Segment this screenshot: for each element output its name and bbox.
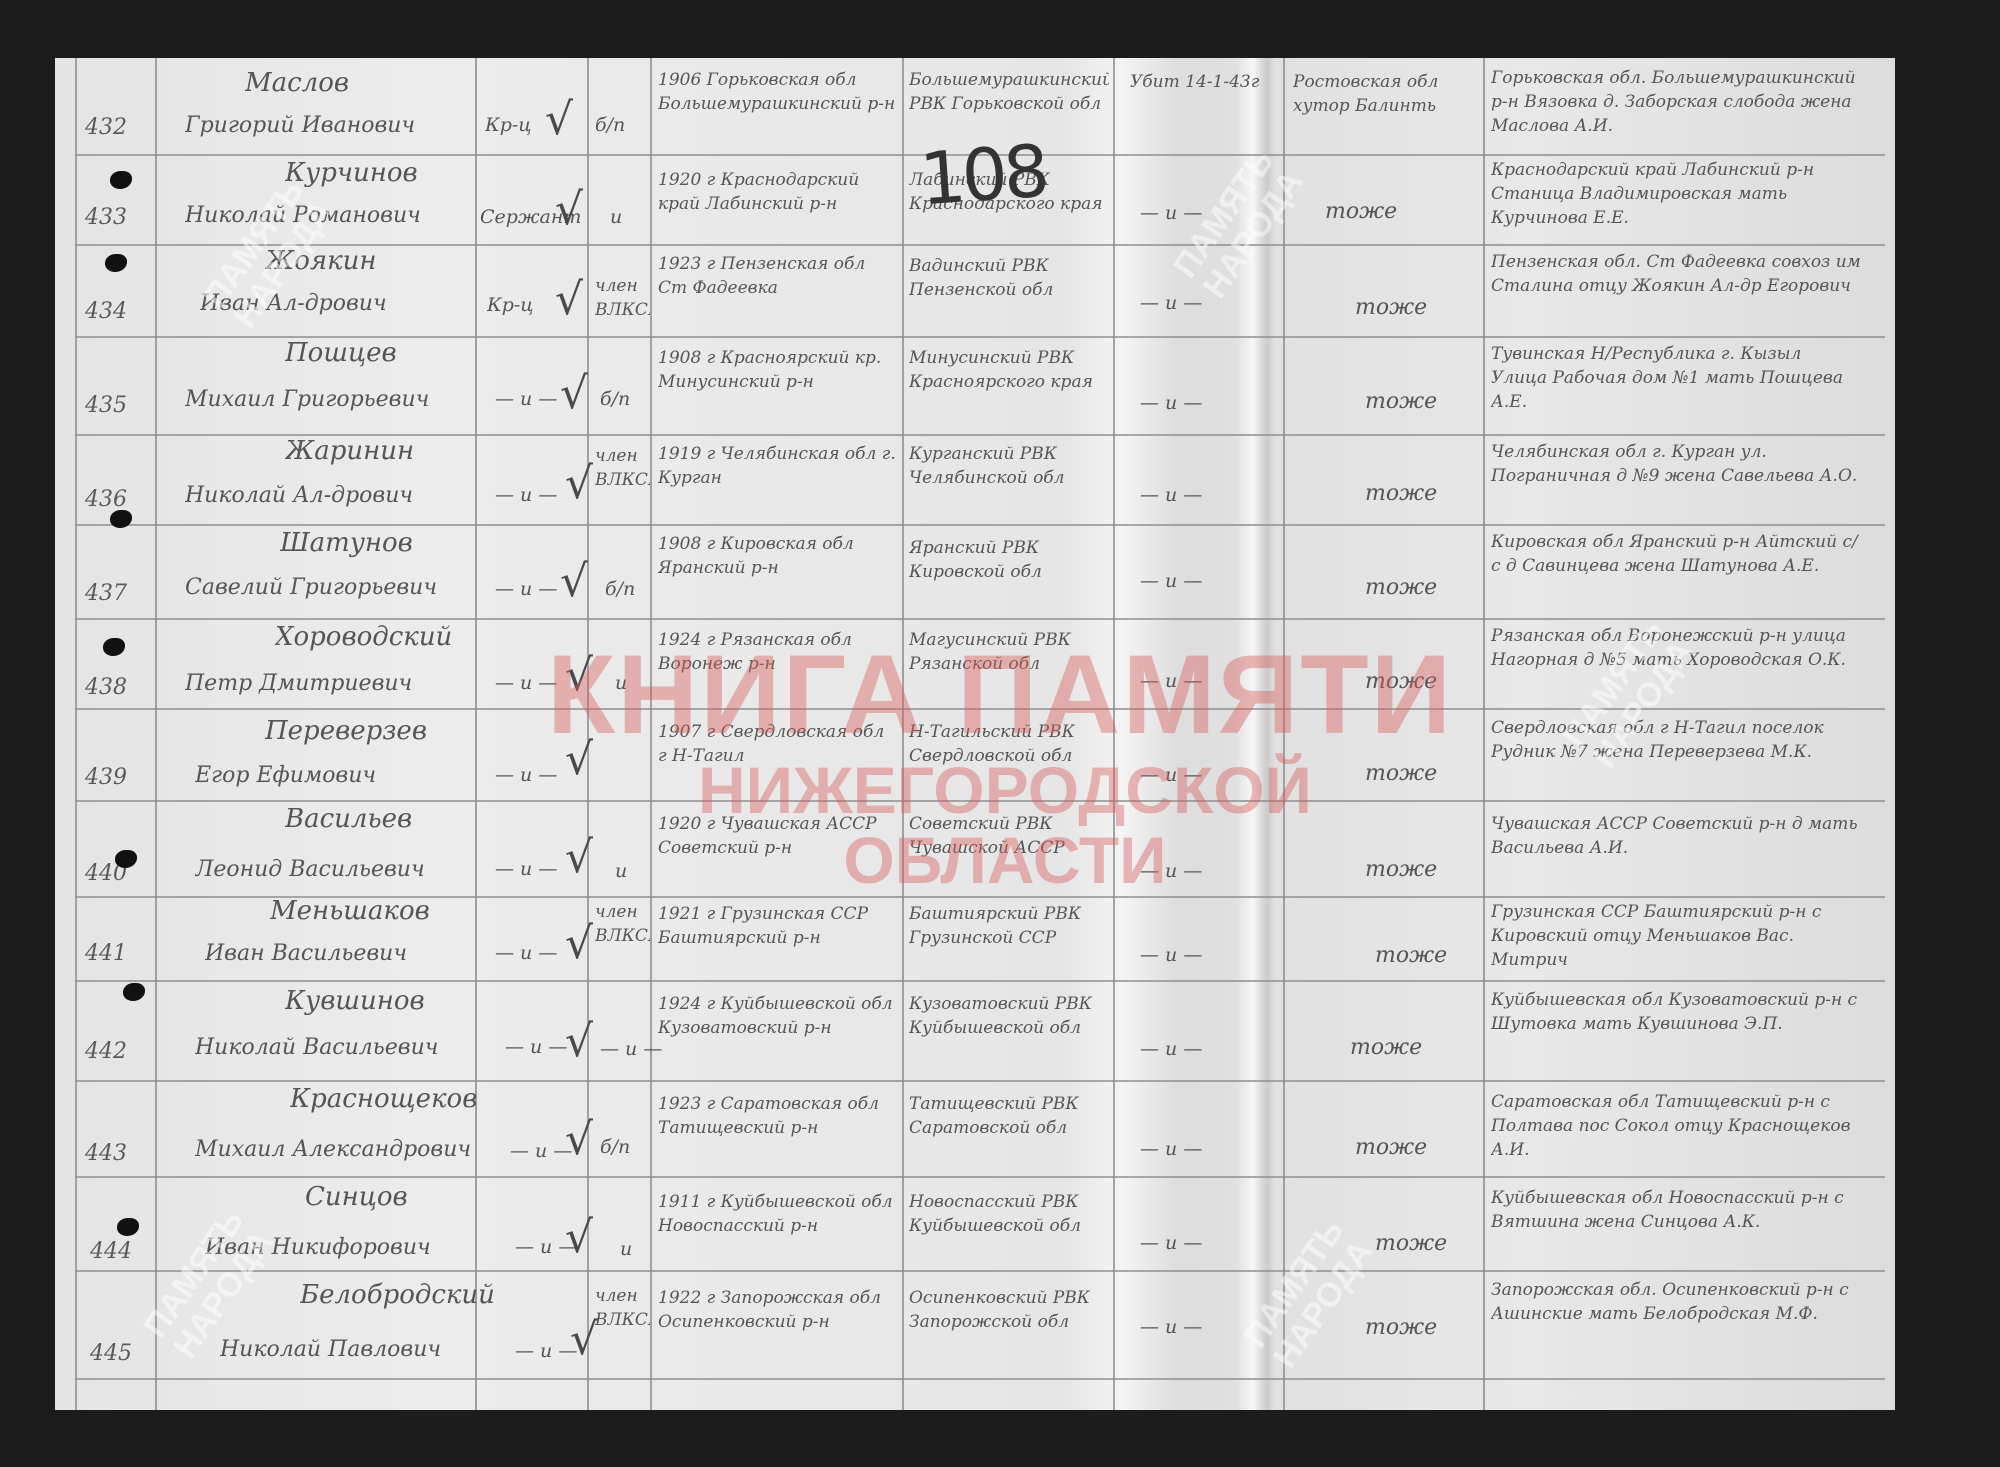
birth-info: 1906 Горьковская обл Большемурашкинский … [658, 68, 898, 116]
check-mark: √ [565, 1216, 593, 1260]
table-row: 440 Васильев Леонид Васильевич — и — √ и… [55, 800, 1895, 896]
birth-info: 1920 г Чувашская АССР Советский р-н [658, 812, 898, 860]
party: б/п [605, 576, 635, 603]
death-info: — и — [1140, 942, 1202, 969]
rank: — и — [495, 576, 557, 603]
record-number: 435 [85, 392, 127, 419]
given-name: Иван Васильевич [205, 940, 407, 967]
draft-info: Татищевский РВК Саратовской обл [909, 1092, 1109, 1140]
party: член ВЛКСМ [595, 1284, 650, 1332]
party: б/п [595, 112, 625, 139]
given-name: Григорий Иванович [185, 112, 415, 139]
relative-address: Тувинская Н/Республика г. Кызыл Улица Ра… [1491, 342, 1861, 414]
birth-info: 1923 г Пензенская обл Ст Фадеевка [658, 252, 898, 300]
check-mark: √ [565, 738, 593, 782]
relative-address: Челябинская обл г. Курган ул. Погранична… [1491, 440, 1861, 488]
check-mark: √ [565, 1118, 593, 1162]
check-mark: √ [545, 98, 573, 142]
death-info: — и — [1140, 1314, 1202, 1341]
table-row: 442 Кувшинов Николай Васильевич — и — √ … [55, 980, 1895, 1080]
check-mark: √ [565, 922, 593, 966]
burial-place: тоже [1375, 942, 1447, 969]
surname: Васильев [285, 806, 412, 833]
relative-address: Краснодарский край Лабинский р-н Станица… [1491, 158, 1861, 230]
surname: Шатунов [280, 530, 413, 557]
record-number: 441 [85, 940, 127, 967]
surname: Маслов [245, 70, 349, 97]
death-info: — и — [1140, 568, 1202, 595]
surname: Синцов [305, 1184, 408, 1211]
check-mark: √ [560, 372, 588, 416]
birth-info: 1924 г Рязанская обл Воронеж р-н [658, 628, 898, 676]
death-info: — и — [1140, 858, 1202, 885]
given-name: Петр Дмитриевич [185, 670, 412, 697]
relative-address: Свердловская обл г Н-Тагил поселок Рудни… [1491, 716, 1861, 764]
check-mark: √ [570, 1318, 598, 1362]
party: б/п [600, 1134, 630, 1161]
death-info: — и — [1140, 390, 1202, 417]
check-mark: √ [565, 836, 593, 880]
given-name: Николай Павлович [220, 1336, 441, 1363]
surname: Краснощеков [290, 1086, 477, 1113]
check-mark: √ [555, 188, 583, 232]
rank: — и — [495, 762, 557, 789]
burial-place: Ростовская обл хутор Балинть [1293, 70, 1478, 118]
draft-info: Большемурашкинский РВК Горьковской обл [909, 68, 1109, 116]
rank: — и — [495, 940, 557, 967]
birth-info: 1922 г Запорожская обл Осипенковский р-н [658, 1286, 898, 1334]
relative-address: Запорожская обл. Осипенковский р-н с Аши… [1491, 1278, 1861, 1326]
party: и [620, 1236, 632, 1263]
death-info: Убит 14-1-43г [1130, 70, 1270, 94]
relative-address: Грузинская ССР Баштиярский р-н с Кировск… [1491, 900, 1861, 972]
rank: — и — [510, 1138, 572, 1165]
relative-address: Горьковская обл. Большемурашкинский р-н … [1491, 66, 1861, 138]
relative-address: Пензенская обл. Ст Фадеевка совхоз им Ст… [1491, 250, 1861, 298]
given-name: Егор Ефимович [195, 762, 376, 789]
birth-info: 1920 г Краснодарский край Лабинский р-н [658, 168, 898, 216]
death-info: — и — [1140, 1036, 1202, 1063]
burial-place: тоже [1365, 856, 1437, 883]
given-name: Михаил Александрович [195, 1136, 471, 1163]
birth-info: 1911 г Куйбышевской обл Новоспасский р-н [658, 1190, 898, 1238]
draft-info: Курганский РВК Челябинской обл [909, 442, 1109, 490]
death-info: — и — [1140, 482, 1202, 509]
sheet-number: 108 [917, 129, 1048, 222]
draft-info: Яранский РВК Кировской обл [909, 536, 1109, 584]
table-row: 445 Белобродский Николай Павлович — и — … [55, 1270, 1895, 1378]
death-info: — и — [1140, 1230, 1202, 1257]
archival-document-page: 432 Маслов Григорий Иванович Кр-ц √ б/п … [55, 58, 1895, 1410]
draft-info: Новоспасский РВК Куйбышевской обл [909, 1190, 1109, 1238]
table-row: 441 Меньшаков Иван Васильевич — и — √ чл… [55, 896, 1895, 980]
burial-place: тоже [1355, 1134, 1427, 1161]
table-row: 443 Краснощеков Михаил Александрович — и… [55, 1080, 1895, 1176]
record-number: 432 [85, 114, 127, 141]
party: — и — [600, 1036, 662, 1063]
draft-info: Советский РВК Чувашской АССР [909, 812, 1109, 860]
rank: — и — [495, 386, 557, 413]
rank: — и — [495, 856, 557, 883]
party: член ВЛКСМ [595, 900, 650, 948]
rank: — и — [505, 1034, 567, 1061]
relative-address: Чувашская АССР Советский р-н д мать Васи… [1491, 812, 1861, 860]
birth-info: 1907 г Свердловская обл г Н-Тагил [658, 720, 898, 768]
relative-address: Кировская обл Яранский р-н Айтский с/с д… [1491, 530, 1861, 578]
table-row: 437 Шатунов Савелий Григорьевич — и — √ … [55, 524, 1895, 618]
party: и [610, 204, 622, 231]
burial-place: тоже [1355, 294, 1427, 321]
burial-place: тоже [1365, 1314, 1437, 1341]
rank: — и — [515, 1338, 577, 1365]
surname: Хороводский [275, 624, 452, 651]
record-number: 433 [85, 204, 127, 231]
table-row: 444 Синцов Иван Никифорович — и — √ и 19… [55, 1176, 1895, 1270]
relative-address: Саратовская обл Татищевский р-н с Полтав… [1491, 1090, 1861, 1162]
draft-info: Магусинский РВК Рязанской обл [909, 628, 1109, 676]
surname: Пошцев [285, 340, 397, 367]
burial-place: тоже [1365, 760, 1437, 787]
rank: — и — [495, 482, 557, 509]
birth-info: 1908 г Кировская обл Яранский р-н [658, 532, 898, 580]
record-number: 438 [85, 674, 127, 701]
draft-info: Осипенковский РВК Запорожской обл [909, 1286, 1109, 1334]
table-row: 434 Жоякин Иван Ал-дрович Кр-ц √ член ВЛ… [55, 244, 1895, 336]
relative-address: Куйбышевская обл Новоспасский р-н с Вятш… [1491, 1186, 1861, 1234]
record-number: 444 [90, 1238, 132, 1265]
check-mark: √ [560, 560, 588, 604]
table-row: 436 Жаринин Николай Ал-дрович — и — √ чл… [55, 434, 1895, 524]
burial-place: тоже [1365, 480, 1437, 507]
rank: — и — [495, 670, 557, 697]
surname: Меньшаков [270, 898, 430, 925]
record-number: 442 [85, 1038, 127, 1065]
given-name: Николай Васильевич [195, 1034, 438, 1061]
party: и [615, 670, 627, 697]
burial-place: тоже [1350, 1034, 1422, 1061]
given-name: Савелий Григорьевич [185, 574, 437, 601]
rank: Кр-ц [487, 292, 534, 319]
record-number: 445 [90, 1340, 132, 1367]
surname: Переверзев [265, 718, 427, 745]
burial-place: тоже [1365, 388, 1437, 415]
burial-place: тоже [1365, 668, 1437, 695]
birth-info: 1908 г Красноярский кр. Минусинский р-н [658, 346, 898, 394]
check-mark: √ [565, 654, 593, 698]
birth-info: 1923 г Саратовская обл Татищевский р-н [658, 1092, 898, 1140]
death-info: — и — [1140, 762, 1202, 789]
party: член ВЛКСМ [595, 444, 650, 492]
draft-info: Н-Тагильский РВК Свердловской обл [909, 720, 1109, 768]
rank: Кр-ц [485, 112, 532, 139]
burial-place: тоже [1365, 574, 1437, 601]
burial-place: тоже [1325, 198, 1397, 225]
death-info: — и — [1140, 290, 1202, 317]
draft-info: Минусинский РВК Красноярского края [909, 346, 1109, 394]
record-number: 436 [85, 486, 127, 513]
check-mark: √ [565, 462, 593, 506]
record-number: 443 [85, 1140, 127, 1167]
birth-info: 1924 г Куйбышевской обл Кузоватовский р-… [658, 992, 898, 1040]
check-mark: √ [555, 278, 583, 322]
burial-place: тоже [1375, 1230, 1447, 1257]
row-line [75, 1378, 1885, 1380]
given-name: Николай Ал-дрович [185, 482, 413, 509]
surname: Жаринин [285, 438, 414, 465]
birth-info: 1919 г Челябинская обл г. Курган [658, 442, 898, 490]
death-info: — и — [1140, 1136, 1202, 1163]
draft-info: Баштиярский РВК Грузинской ССР [909, 902, 1109, 950]
record-number: 437 [85, 580, 127, 607]
party: б/п [600, 386, 630, 413]
party: и [615, 858, 627, 885]
surname: Белобродский [300, 1282, 495, 1309]
death-info: — и — [1140, 668, 1202, 695]
draft-info: Вадинский РВК Пензенской обл [909, 254, 1109, 302]
relative-address: Куйбышевская обл Кузоватовский р-н с Шут… [1491, 988, 1861, 1036]
table-row: 435 Пошцев Михаил Григорьевич — и — √ б/… [55, 336, 1895, 434]
draft-info: Кузоватовский РВК Куйбышевской обл [909, 992, 1109, 1040]
surname: Кувшинов [285, 988, 425, 1015]
party: член ВЛКСМ [595, 274, 650, 322]
birth-info: 1921 г Грузинская ССР Баштиярский р-н [658, 902, 898, 950]
record-number: 434 [85, 298, 127, 325]
given-name: Михаил Григорьевич [185, 386, 429, 413]
check-mark: √ [565, 1020, 593, 1064]
given-name: Леонид Васильевич [195, 856, 425, 883]
record-number: 439 [85, 764, 127, 791]
surname: Курчинов [285, 160, 418, 187]
